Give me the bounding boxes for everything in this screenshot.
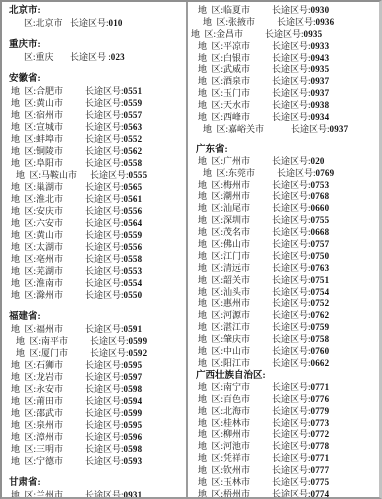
area-code-row: 地 区:嘉峪关市长途区号:0937 [189, 124, 379, 136]
region-label: 地 区:中山市 [198, 346, 272, 358]
province-title: 甘肃省: [2, 477, 186, 489]
region-label: 地 区:六安市 [11, 217, 85, 229]
region-label: 地 区:百色市 [198, 394, 272, 406]
area-code-caption: 长途区号: [272, 346, 311, 358]
area-code-caption: 长途区号: [85, 265, 124, 277]
region-label: 地 区:漳州市 [11, 431, 85, 443]
area-code-row: 地 区:梅州市长途区号:0753 [189, 180, 379, 192]
area-code-value: 0931 [124, 489, 143, 499]
area-code-caption: 长途区号: [277, 17, 316, 29]
area-code-row: 地 区:汕尾市长途区号:0660 [189, 203, 379, 215]
region-label: 地 区:武威市 [198, 64, 272, 76]
region-label: 地 区:清远市 [198, 263, 272, 275]
column-left: 北京市:区:北京市长途区号:010重庆市:区:重庆长途区号 :023安徽省:地 … [2, 2, 186, 497]
area-code-caption: 长途区号: [272, 88, 311, 100]
area-code-caption: 长途区号: [272, 64, 311, 76]
area-code-row: 地 区:河池市长途区号:0778 [189, 441, 379, 453]
region-label: 地 区:梧州市 [198, 489, 272, 499]
area-code-value: 0660 [311, 203, 330, 215]
area-code-row: 地 区:清远市长途区号:0763 [189, 263, 379, 275]
area-code-row: 地 区:六安市长途区号:0564 [2, 217, 186, 229]
region-label: 地 区:凭祥市 [198, 453, 272, 465]
area-code-value: 0776 [311, 394, 330, 406]
region-label: 地 区:芜湖市 [11, 265, 85, 277]
area-code-caption: 长途区号: [85, 121, 124, 133]
area-code-row: 地 区:河源市长途区号:0762 [189, 310, 379, 322]
document-page: 北京市:区:北京市长途区号:010重庆市:区:重庆长途区号 :023安徽省:地 … [0, 0, 382, 499]
area-code-caption: 长途区号: [272, 100, 311, 112]
area-code-caption: 长途区号: [85, 133, 124, 145]
area-code-value: 0554 [124, 277, 143, 289]
region-label: 地 区:潮州市 [198, 191, 272, 203]
area-code-value: 0599 [129, 335, 148, 347]
province-title: 广西壮族自治区: [189, 370, 379, 382]
region-label: 地 区:滁州市 [11, 289, 85, 301]
region-label: 地 区:梅州市 [198, 180, 272, 192]
area-code-caption: 长途区号: [85, 205, 124, 217]
area-code-caption: 长途区号: [90, 335, 129, 347]
area-code-caption: 长途区号: [272, 394, 311, 406]
section-gap [189, 136, 379, 144]
area-code-row: 地 区:安庆市长途区号:0556 [2, 205, 186, 217]
area-code-caption: 长途区号: [85, 277, 124, 289]
area-code-row: 地 区:桂林市长途区号:0773 [189, 418, 379, 430]
region-label: 地 区:邵武市 [11, 407, 85, 419]
area-code-row: 地 区:佛山市长途区号:0757 [189, 239, 379, 251]
area-code-value: 0930 [311, 5, 330, 17]
province-title: 广东省: [189, 144, 379, 156]
area-code-caption: 长途区号: [85, 217, 124, 229]
area-code-caption: 长途区号: [272, 382, 311, 394]
region-label: 地 区:亳州市 [11, 253, 85, 265]
area-code-caption: 长途区号: [90, 169, 129, 181]
area-code-value: 0551 [124, 85, 143, 97]
area-code-value: 0556 [124, 205, 143, 217]
region-label: 地 区:酒泉市 [198, 76, 272, 88]
area-code-caption: 长途区号: [272, 358, 311, 370]
region-label: 地 区:莆田市 [11, 395, 85, 407]
area-code-row: 地 区:宣城市长途区号:0563 [2, 121, 186, 133]
area-code-caption: 长途区号: [85, 455, 124, 467]
region-label: 地 区:宣城市 [11, 121, 85, 133]
section-gap [2, 301, 186, 311]
region-label: 地 区:广州市 [198, 156, 272, 168]
area-code-row: 地 区:平凉市长途区号:0933 [189, 41, 379, 53]
area-code-caption: 长途区号: [85, 157, 124, 169]
region-label: 地 区:福州市 [11, 323, 85, 335]
area-code-value: 0556 [124, 241, 143, 253]
area-code-row: 地 区:龙岩市长途区号:0597 [2, 371, 186, 383]
area-code-row: 地 区:泉州市长途区号:0595 [2, 419, 186, 431]
region-label: 地 区:阳江市 [198, 358, 272, 370]
area-code-caption: 长途区号: [85, 383, 124, 395]
area-code-caption: 长途区号: [272, 322, 311, 334]
area-code-value: 0555 [129, 169, 148, 181]
province-title: 北京市: [2, 5, 186, 17]
area-code-value: 0752 [311, 298, 330, 310]
region-label: 地 区:临夏市 [198, 5, 272, 17]
region-label: 地 区:茂名市 [198, 227, 272, 239]
area-code-row: 地 区:张掖市长途区号:0936 [189, 17, 379, 29]
area-code-row: 地 区:邵武市长途区号:0599 [2, 407, 186, 419]
area-code-caption: 长途区号: [272, 180, 311, 192]
area-code-value: 0937 [330, 124, 349, 136]
area-code-value: 0759 [311, 322, 330, 334]
area-code-caption: 长途区号: [85, 419, 124, 431]
area-code-caption: 长途区号: [90, 347, 129, 359]
area-code-value: 0935 [304, 29, 323, 41]
area-code-value: 0596 [124, 431, 143, 443]
area-code-row: 地 区:江门市长途区号:0750 [189, 251, 379, 263]
region-label: 地 区:太湖市 [11, 241, 85, 253]
area-code-caption: 长途区号: [272, 251, 311, 263]
area-code-caption: 长途区号: [85, 395, 124, 407]
area-code-value: 0591 [124, 323, 143, 335]
region-label: 地 区:泉州市 [11, 419, 85, 431]
area-code-value: 0762 [311, 310, 330, 322]
area-code-caption: 长途区号: [272, 477, 311, 489]
area-code-value: 0938 [311, 100, 330, 112]
area-code-value: 0598 [124, 443, 143, 455]
area-code-value: 0594 [124, 395, 143, 407]
region-label: 地 区:惠州市 [198, 298, 272, 310]
region-label: 地 区:汕头市 [198, 287, 272, 299]
area-code-caption: 长途区号: [272, 489, 311, 499]
area-code-row: 地 区:阳江市长途区号:0662 [189, 358, 379, 370]
province-title: 福建省: [2, 311, 186, 323]
area-code-caption: 长途区号: [272, 53, 311, 65]
area-code-row: 地 区:凭祥市长途区号:0771 [189, 453, 379, 465]
area-code-value: 0771 [311, 382, 330, 394]
area-code-value: 0563 [124, 121, 143, 133]
area-code-value: 0758 [311, 334, 330, 346]
area-code-caption: 长途区号: [85, 253, 124, 265]
region-label: 地 区:三明市 [11, 443, 85, 455]
area-code-value: 0750 [311, 251, 330, 263]
area-code-row: 地 区:玉门市长途区号:0937 [189, 88, 379, 100]
region-label: 地 区:河池市 [198, 441, 272, 453]
area-code-row: 地 区:广州市长途区号:020 [189, 156, 379, 168]
region-label: 区:北京市 [24, 17, 70, 29]
region-label: 区:重庆 [24, 51, 70, 63]
area-code-value: 0778 [311, 441, 330, 453]
area-code-caption: 长途区号: [272, 191, 311, 203]
area-code-caption: 长途区号: [272, 112, 311, 124]
region-label: 地 区:肇庆市 [198, 334, 272, 346]
area-code-caption: 长途区号: [265, 29, 304, 41]
region-label: 地 区:东莞市 [203, 168, 277, 180]
region-label: 地 区:佛山市 [198, 239, 272, 251]
area-code-value: 0595 [124, 419, 143, 431]
area-code-value: 0768 [311, 191, 330, 203]
area-code-row: 地 区:巢湖市长途区号:0565 [2, 181, 186, 193]
area-code-row: 区:北京市长途区号:010 [2, 17, 186, 29]
area-code-row: 地 区:南宁市长途区号:0771 [189, 382, 379, 394]
area-code-row: 地 区:黄山市长途区号:0559 [2, 229, 186, 241]
region-label: 地 区:厦门市 [16, 347, 90, 359]
area-code-row: 地 区:湛江市长途区号:0759 [189, 322, 379, 334]
section-gap [2, 467, 186, 477]
region-label: 地 区:黄山市 [11, 229, 85, 241]
area-code-caption: 长途区号: [85, 193, 124, 205]
region-label: 地 区:天水市 [198, 100, 272, 112]
region-label: 地 区:西峰市 [198, 112, 272, 124]
area-code-row: 地 区:北海市长途区号:0779 [189, 406, 379, 418]
area-code-caption: 长途区号: [272, 406, 311, 418]
province-title: 安徽省: [2, 73, 186, 85]
area-code-row: 地 区:金昌市长途区号:0935 [189, 29, 379, 41]
area-code-value: 0592 [129, 347, 148, 359]
area-code-value: 0553 [124, 265, 143, 277]
area-code-row: 地 区:南平市长途区号:0599 [2, 335, 186, 347]
area-code-row: 地 区:福州市长途区号:0591 [2, 323, 186, 335]
region-label: 地 区:江门市 [198, 251, 272, 263]
area-code-row: 地 区:漳州市长途区号:0596 [2, 431, 186, 443]
area-code-row: 地 区:蚌埠市长途区号:0552 [2, 133, 186, 145]
area-code-caption: 长途区号: [85, 323, 124, 335]
area-code-caption: 长途区号: [272, 465, 311, 477]
area-code-value: 0662 [311, 358, 330, 370]
area-code-value: 0593 [124, 455, 143, 467]
area-code-value: 0760 [311, 346, 330, 358]
area-code-value: 0934 [311, 112, 330, 124]
region-label: 地 区:嘉峪关市 [203, 124, 291, 136]
area-code-caption: 长途区号: [85, 181, 124, 193]
area-code-row: 地 区:淮北市长途区号:0561 [2, 193, 186, 205]
region-label: 地 区:龙岩市 [11, 371, 85, 383]
area-code-row: 地 区:厦门市长途区号:0592 [2, 347, 186, 359]
region-label: 地 区:石狮市 [11, 359, 85, 371]
area-code-row: 地 区:百色市长途区号:0776 [189, 394, 379, 406]
area-code-row: 地 区:宁德市长途区号:0593 [2, 455, 186, 467]
area-code-caption: 长途区号: [85, 145, 124, 157]
area-code-value: 0668 [311, 227, 330, 239]
area-code-caption: 长途区号: [85, 359, 124, 371]
area-code-row: 地 区:潮州市长途区号:0768 [189, 191, 379, 203]
area-code-row: 地 区:武威市长途区号:0935 [189, 64, 379, 76]
area-code-row: 地 区:黄山市长途区号:0559 [2, 97, 186, 109]
region-label: 地 区:淮北市 [11, 193, 85, 205]
area-code-row: 地 区:深圳市长途区号:0755 [189, 215, 379, 227]
area-code-row: 地 区:永安市长途区号:0598 [2, 383, 186, 395]
area-code-value: 0937 [311, 88, 330, 100]
area-code-caption: 长途区号: [272, 41, 311, 53]
area-code-caption: 长途区号: [272, 5, 311, 17]
area-code-value: 0757 [311, 239, 330, 251]
region-label: 地 区:张掖市 [203, 17, 277, 29]
area-code-caption: 长途区号: [272, 76, 311, 88]
area-code-caption: 长途区号: [85, 371, 124, 383]
region-label: 地 区:钦州市 [198, 465, 272, 477]
area-code-caption: 长途区号: [277, 168, 316, 180]
region-label: 地 区:马鞍山市 [16, 169, 90, 181]
area-code-caption: 长途区号: [272, 334, 311, 346]
area-code-caption: 长途区号: [85, 443, 124, 455]
region-label: 地 区:平凉市 [198, 41, 272, 53]
area-code-caption: 长途区号: [85, 289, 124, 301]
region-label: 地 区:蚌埠市 [11, 133, 85, 145]
area-code-value: 0775 [311, 477, 330, 489]
area-code-row: 地 区:芜湖市长途区号:0553 [2, 265, 186, 277]
column-right: 地 区:临夏市长途区号:0930地 区:张掖市长途区号:0936地 区:金昌市长… [189, 2, 379, 497]
area-code-row: 地 区:柳州市长途区号:0772 [189, 429, 379, 441]
area-code-caption: 长途区号: [85, 407, 124, 419]
area-code-row: 地 区:铜陵市长途区号:0562 [2, 145, 186, 157]
region-label: 地 区:湛江市 [198, 322, 272, 334]
region-label: 地 区:深圳市 [198, 215, 272, 227]
area-code-row: 地 区:兰州市长途区号:0931 [2, 489, 186, 499]
region-label: 地 区:玉门市 [198, 88, 272, 100]
area-code-row: 地 区:阜阳市长途区号:0558 [2, 157, 186, 169]
region-label: 地 区:汕尾市 [198, 203, 272, 215]
area-code-row: 地 区:梧州市长途区号:0774 [189, 489, 379, 499]
area-code-row: 地 区:韶关市长途区号:0751 [189, 275, 379, 287]
area-code-row: 地 区:滁州市长途区号:0550 [2, 289, 186, 301]
region-label: 地 区:韶关市 [198, 275, 272, 287]
area-code-row: 地 区:临夏市长途区号:0930 [189, 5, 379, 17]
area-code-caption: 长途区号: [272, 287, 311, 299]
area-code-value: 0753 [311, 180, 330, 192]
area-code-value: 0562 [124, 145, 143, 157]
area-code-row: 地 区:宿州市长途区号:0557 [2, 109, 186, 121]
area-code-caption: 长途区号: [85, 229, 124, 241]
area-code-caption: 长途区号: [272, 203, 311, 215]
area-code-row: 地 区:合肥市长途区号:0551 [2, 85, 186, 97]
region-label: 地 区:兰州市 [11, 489, 85, 499]
area-code-caption: 长途区号: [272, 429, 311, 441]
area-code-value: 0779 [311, 406, 330, 418]
area-code-row: 地 区:东莞市长途区号:0769 [189, 168, 379, 180]
region-label: 地 区:玉林市 [198, 477, 272, 489]
area-code-value: 023 [111, 51, 125, 63]
area-code-value: 0772 [311, 429, 330, 441]
area-code-caption: 长途区号: [272, 156, 311, 168]
region-label: 地 区:河源市 [198, 310, 272, 322]
region-label: 地 区:阜阳市 [11, 157, 85, 169]
area-code-value: 0943 [311, 53, 330, 65]
area-code-row: 地 区:石狮市长途区号:0595 [2, 359, 186, 371]
area-code-value: 0937 [311, 76, 330, 88]
area-code-value: 0769 [316, 168, 335, 180]
area-code-value: 0561 [124, 193, 143, 205]
area-code-row: 地 区:白银市长途区号:0943 [189, 53, 379, 65]
area-code-value: 0936 [316, 17, 335, 29]
area-code-row: 地 区:惠州市长途区号:0752 [189, 298, 379, 310]
region-label: 地 区:金昌市 [191, 29, 265, 41]
area-code-caption: 长途区号: [291, 124, 330, 136]
area-code-value: 020 [311, 156, 325, 168]
area-code-row: 地 区:西峰市长途区号:0934 [189, 112, 379, 124]
area-code-value: 0933 [311, 41, 330, 53]
region-label: 地 区:淮南市 [11, 277, 85, 289]
region-label: 地 区:安庆市 [11, 205, 85, 217]
area-code-caption: 长途区号: [85, 431, 124, 443]
area-code-caption: 长途区号: [70, 17, 109, 29]
area-code-caption: 长途区号: [85, 97, 124, 109]
area-code-row: 地 区:玉林市长途区号:0775 [189, 477, 379, 489]
region-label: 地 区:南宁市 [198, 382, 272, 394]
region-label: 地 区:白银市 [198, 53, 272, 65]
area-code-value: 0751 [311, 275, 330, 287]
region-label: 地 区:柳州市 [198, 429, 272, 441]
region-label: 地 区:巢湖市 [11, 181, 85, 193]
area-code-value: 0550 [124, 289, 143, 301]
region-label: 地 区:宁德市 [11, 455, 85, 467]
area-code-value: 0755 [311, 215, 330, 227]
area-code-value: 0774 [311, 489, 330, 499]
area-code-caption: 长途区号: [85, 85, 124, 97]
region-label: 地 区:永安市 [11, 383, 85, 395]
area-code-caption: 长途区号: [272, 298, 311, 310]
area-code-value: 0559 [124, 97, 143, 109]
area-code-value: 0754 [311, 287, 330, 299]
area-code-row: 地 区:马鞍山市长途区号:0555 [2, 169, 186, 181]
area-code-row: 地 区:太湖市长途区号:0556 [2, 241, 186, 253]
area-code-row: 地 区:钦州市长途区号:0777 [189, 465, 379, 477]
area-code-caption: 长途区号: [272, 441, 311, 453]
region-label: 地 区:铜陵市 [11, 145, 85, 157]
area-code-value: 0595 [124, 359, 143, 371]
area-code-value: 0564 [124, 217, 143, 229]
area-code-value: 0559 [124, 229, 143, 241]
area-code-value: 0597 [124, 371, 143, 383]
province-title: 重庆市: [2, 39, 186, 51]
area-code-row: 地 区:茂名市长途区号:0668 [189, 227, 379, 239]
area-code-value: 0598 [124, 383, 143, 395]
area-code-value: 0771 [311, 453, 330, 465]
area-code-caption: 长途区号: [272, 227, 311, 239]
area-code-value: 0558 [124, 157, 143, 169]
area-code-row: 地 区:莆田市长途区号:0594 [2, 395, 186, 407]
region-label: 地 区:合肥市 [11, 85, 85, 97]
region-label: 地 区:南平市 [16, 335, 90, 347]
area-code-value: 0557 [124, 109, 143, 121]
region-label: 地 区:黄山市 [11, 97, 85, 109]
area-code-caption: 长途区号: [272, 453, 311, 465]
area-code-value: 0777 [311, 465, 330, 477]
area-code-value: 0558 [124, 253, 143, 265]
column-divider [186, 2, 188, 497]
area-code-row: 地 区:天水市长途区号:0938 [189, 100, 379, 112]
area-code-row: 地 区:亳州市长途区号:0558 [2, 253, 186, 265]
region-label: 地 区:北海市 [198, 406, 272, 418]
area-code-caption: 长途区号: [85, 109, 124, 121]
area-code-value: 0552 [124, 133, 143, 145]
region-label: 地 区:宿州市 [11, 109, 85, 121]
area-code-caption: 长途区号: [272, 215, 311, 227]
area-code-row: 地 区:淮南市长途区号:0554 [2, 277, 186, 289]
area-code-caption: 长途区号: [272, 310, 311, 322]
area-code-row: 区:重庆长途区号 :023 [2, 51, 186, 63]
area-code-value: 0763 [311, 263, 330, 275]
region-label: 地 区:桂林市 [198, 418, 272, 430]
area-code-caption: 长途区号: [272, 263, 311, 275]
area-code-caption: 长途区号: [272, 418, 311, 430]
area-code-row: 地 区:肇庆市长途区号:0758 [189, 334, 379, 346]
area-code-caption: 长途区号: [85, 489, 124, 499]
area-code-caption: 长途区号: [85, 241, 124, 253]
area-code-caption: 长途区号 : [70, 51, 111, 63]
section-gap [2, 29, 186, 39]
area-code-row: 地 区:酒泉市长途区号:0937 [189, 76, 379, 88]
area-code-value: 0599 [124, 407, 143, 419]
area-code-value: 0773 [311, 418, 330, 430]
area-code-caption: 长途区号: [272, 275, 311, 287]
area-code-caption: 长途区号: [272, 239, 311, 251]
area-code-value: 0935 [311, 64, 330, 76]
area-code-row: 地 区:三明市长途区号:0598 [2, 443, 186, 455]
area-code-row: 地 区:中山市长途区号:0760 [189, 346, 379, 358]
